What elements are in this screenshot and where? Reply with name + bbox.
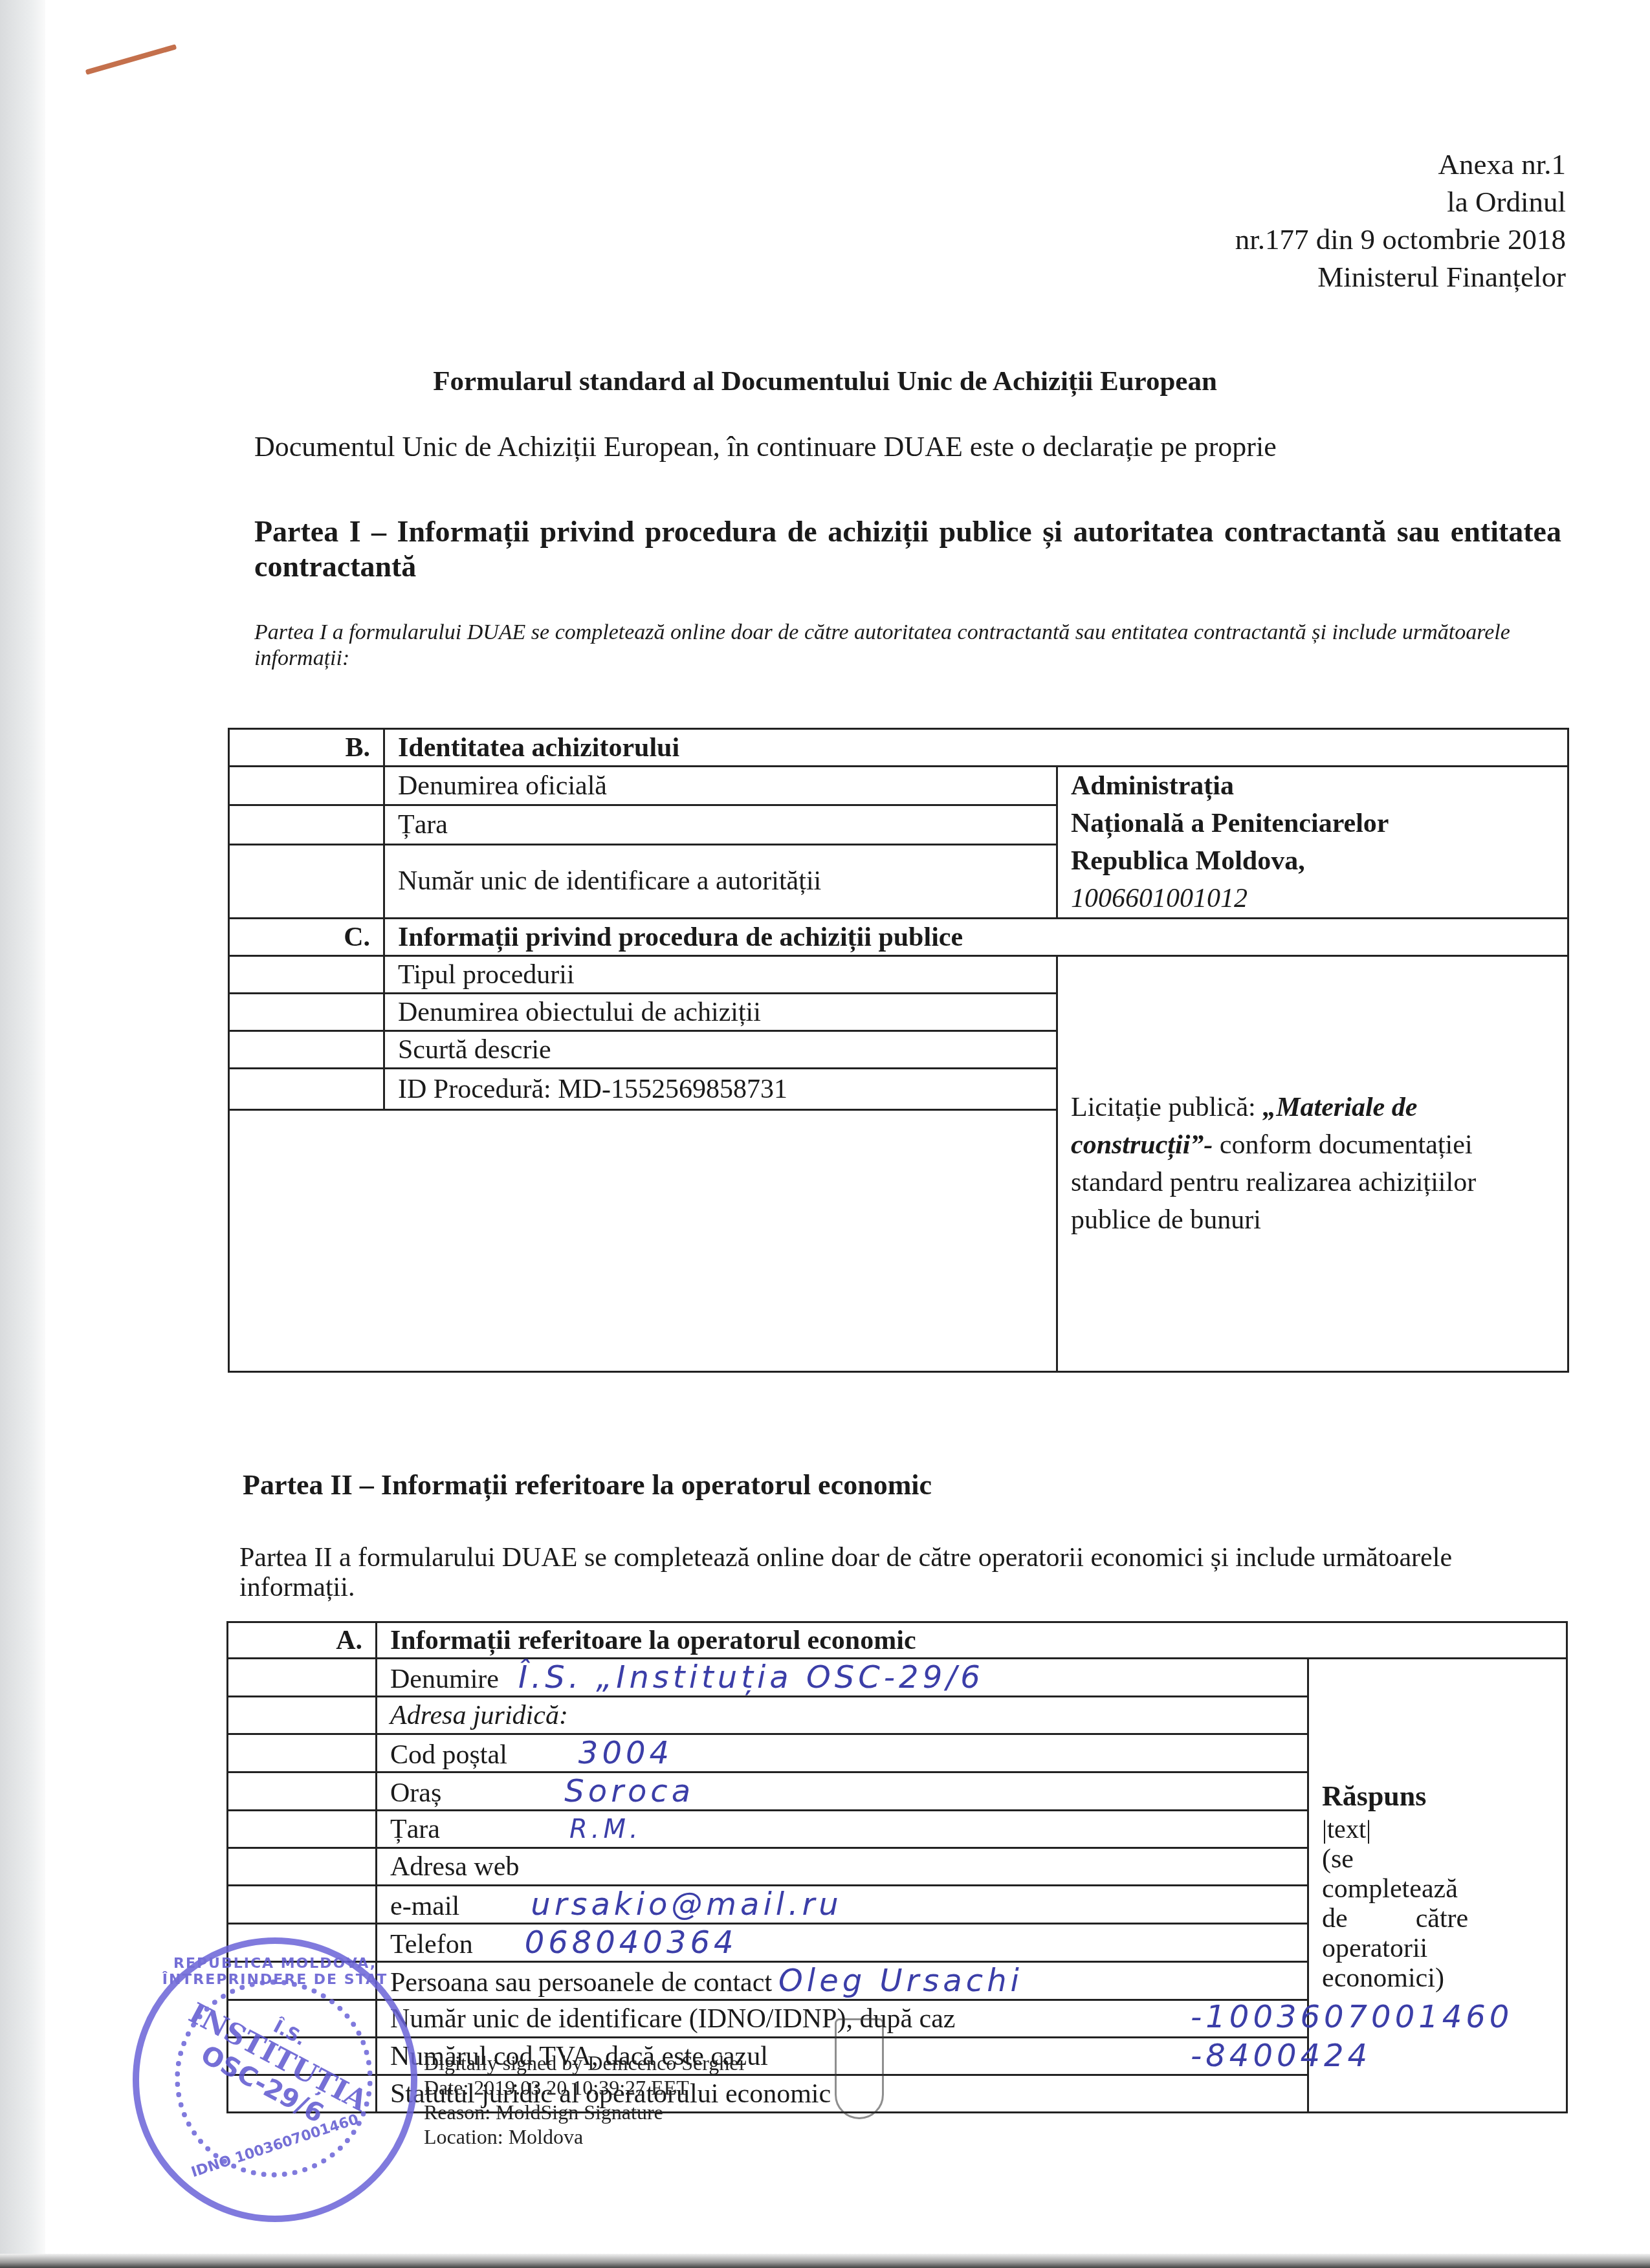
field-label: Denumirea oficială xyxy=(384,767,1057,805)
field-row-name: DenumireÎ.S. „Instituția OSC-29/6 xyxy=(377,1659,1308,1697)
field-label: Număr unic de identificare a autorității xyxy=(384,844,1057,918)
response-note: economici) xyxy=(1322,1963,1553,1993)
idno-handwritten: -1003607001460 xyxy=(1191,1999,1513,2035)
digital-signature: Digitally signed by Demcenco Serghei Dat… xyxy=(424,2051,744,2149)
response-note: (se xyxy=(1322,1844,1553,1874)
stamp-outer-text: REPUBLICA MOLDOVA, ÎNTREPRINDERE DE STAT xyxy=(152,1956,398,1988)
field-label: Adresa web xyxy=(377,1848,1308,1886)
field-label: Telefon xyxy=(390,1930,473,1959)
response-type: |text| xyxy=(1322,1815,1553,1844)
field-label: Denumire xyxy=(390,1664,499,1694)
annex-line: nr.177 din 9 octombrie 2018 xyxy=(1235,221,1566,258)
response-note: operatorii xyxy=(1322,1934,1553,1963)
field-label: Scurtă descrie xyxy=(384,1031,1057,1069)
field-label: Oraș xyxy=(390,1778,441,1808)
field-label: Țara xyxy=(390,1815,440,1844)
signature-line: Reason: MoldSign Signature xyxy=(424,2100,744,2124)
field-label: Cod poștal xyxy=(390,1740,507,1770)
section-letter: C. xyxy=(229,919,384,956)
procedure-answer: Licitație publică: „Materiale de constru… xyxy=(1057,956,1568,1372)
field-label: ID Procedură: MD-1552569858731 xyxy=(384,1069,1057,1110)
response-note: de către xyxy=(1322,1904,1553,1934)
scan-edge xyxy=(0,2254,1650,2268)
signature-line: Location: Moldova xyxy=(424,2124,744,2149)
buyer-procedure-table: B. Identitatea achizitorului Denumirea o… xyxy=(228,728,1569,1373)
field-value: ursakio@mail.ru xyxy=(531,1886,842,1923)
answer-line: Națională a Penitenciarelor xyxy=(1071,805,1554,842)
section-heading: Informații privind procedura de achiziți… xyxy=(384,919,1568,956)
scan-edge xyxy=(0,0,45,2268)
answer-line: Republica Moldova, xyxy=(1071,842,1554,880)
field-label: Țara xyxy=(384,805,1057,844)
field-value: Oleg Ursachi xyxy=(778,1963,1023,1999)
field-value: 068040364 xyxy=(525,1925,738,1961)
field-value: 3004 xyxy=(578,1735,673,1771)
state-emblem-watermark xyxy=(835,2018,884,2119)
answer-line: Administrația xyxy=(1071,767,1554,805)
annex-line: Ministerul Finanțelor xyxy=(1235,258,1566,296)
field-label: e-mail xyxy=(390,1892,459,1921)
tva-handwritten: -8400424 xyxy=(1191,2038,1371,2074)
part1-note: Partea I a formularului DUAE se complete… xyxy=(254,620,1568,671)
field-value: Soroca xyxy=(564,1773,694,1809)
buyer-answer: Administrația Națională a Penitenciarelo… xyxy=(1057,767,1568,919)
buyer-id: 1006601001012 xyxy=(1071,880,1554,917)
annex-line: la Ordinul xyxy=(1235,183,1566,221)
field-value: R.M. xyxy=(569,1815,642,1844)
signature-line: Date: 2019.03.20 10:39:27 EET xyxy=(424,2075,744,2100)
document-title: Formularul standard al Documentului Unic… xyxy=(0,365,1650,397)
field-label: Denumirea obiectului de achiziții xyxy=(384,994,1057,1031)
section-heading: Informații referitoare la operatorul eco… xyxy=(377,1622,1567,1659)
answer-prefix: Licitație publică: xyxy=(1071,1093,1262,1122)
signature-line: Digitally signed by Demcenco Serghei xyxy=(424,2051,744,2075)
part2-title: Partea II – Informații referitoare la op… xyxy=(243,1468,932,1501)
field-label: Persoana sau persoanele de contact xyxy=(390,1968,772,1998)
intro-text: Documentul Unic de Achiziții European, î… xyxy=(254,430,1277,463)
section-letter: B. xyxy=(229,729,384,767)
annex-header: Anexa nr.1 la Ordinul nr.177 din 9 octom… xyxy=(1235,146,1566,296)
part1-title: Partea I – Informații privind procedura … xyxy=(254,514,1561,584)
part2-note: Partea II a formularului DUAE se complet… xyxy=(239,1543,1559,1602)
field-label: Adresa juridică: xyxy=(377,1697,1308,1734)
pen-mark xyxy=(85,44,177,75)
field-value: Î.S. „Instituția OSC-29/6 xyxy=(518,1659,984,1696)
annex-line: Anexa nr.1 xyxy=(1235,146,1566,183)
response-title: Răspuns xyxy=(1322,1778,1553,1815)
section-heading: Identitatea achizitorului xyxy=(384,729,1568,767)
response-note: completează xyxy=(1322,1874,1553,1904)
field-label: Tipul procedurii xyxy=(384,956,1057,994)
section-letter: A. xyxy=(228,1622,377,1659)
official-stamp: REPUBLICA MOLDOVA, ÎNTREPRINDERE DE STAT… xyxy=(133,1937,417,2222)
